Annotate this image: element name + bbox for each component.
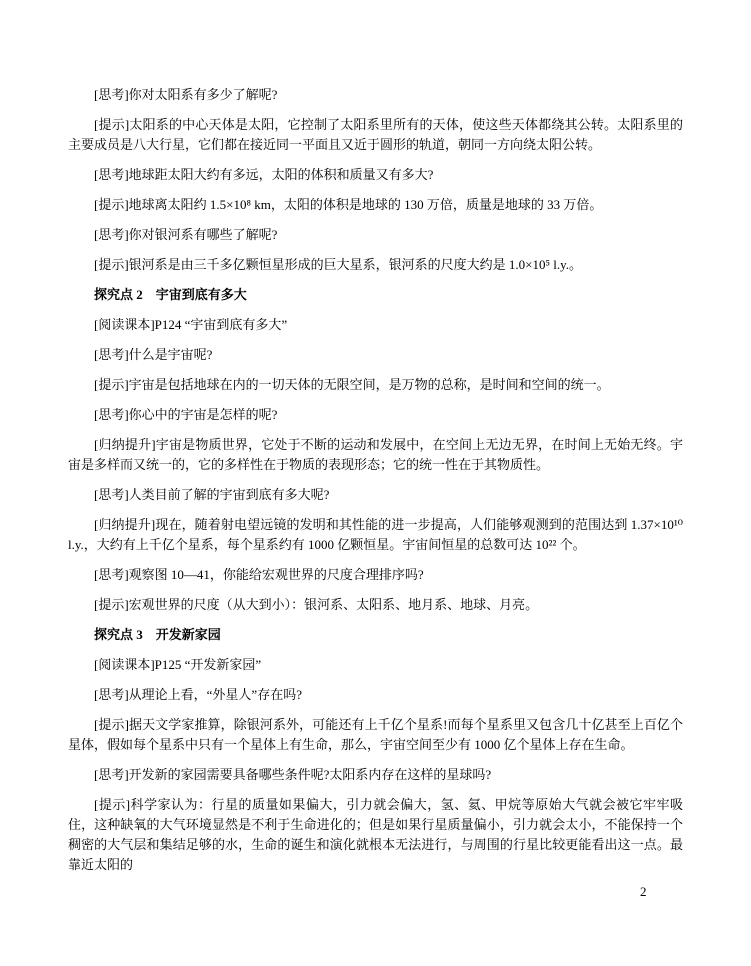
doc-paragraph: [思考]地球距太阳大约有多远，太阳的体积和质量又有多大?	[68, 165, 683, 185]
doc-paragraph: [提示]地球离太阳约 1.5×10⁸ km，太阳的体积是地球的 130 万倍，质…	[68, 195, 683, 215]
doc-paragraph: [阅读课本]P125 “开发新家园”	[68, 655, 683, 675]
doc-paragraph: [提示]科学家认为：行星的质量如果偏大，引力就会偏大，氢、氦、甲烷等原始大气就会…	[68, 795, 683, 875]
doc-paragraph: [思考]你对银河系有哪些了解呢?	[68, 225, 683, 245]
doc-paragraph: [阅读课本]P124 “宇宙到底有多大”	[68, 315, 683, 335]
doc-paragraph: [归纳提升]现在，随着射电望远镜的发明和其性能的进一步提高，人们能够观测到的范围…	[68, 515, 683, 555]
document-content: [思考]你对太阳系有多少了解呢?[提示]太阳系的中心天体是太阳，它控制了太阳系里…	[68, 75, 683, 875]
doc-paragraph: [提示]银河系是由三千多亿颗恒星形成的巨大星系，银河系的尺度大约是 1.0×10…	[68, 255, 683, 275]
doc-paragraph: [思考]人类目前了解的宇宙到底有多大呢?	[68, 485, 683, 505]
doc-paragraph: [思考]你心中的宇宙是怎样的呢?	[68, 405, 683, 425]
doc-paragraph: [提示]宏观世界的尺度（从大到小）：银河系、太阳系、地月系、地球、月亮。	[68, 595, 683, 615]
page-number: 2	[640, 884, 647, 900]
doc-paragraph: [提示]太阳系的中心天体是太阳，它控制了太阳系里所有的天体，使这些天体都绕其公转…	[68, 115, 683, 155]
section-heading: 探究点 2 宇宙到底有多大	[68, 285, 683, 305]
document-page: [思考]你对太阳系有多少了解呢?[提示]太阳系的中心天体是太阳，它控制了太阳系里…	[0, 0, 751, 966]
doc-paragraph: [提示]据天文学家推算，除银河系外，可能还有上千亿个星系!而每个星系里又包含几十…	[68, 715, 683, 755]
doc-paragraph: [思考]开发新的家园需要具备哪些条件呢?太阳系内存在这样的星球吗?	[68, 765, 683, 785]
doc-paragraph: [提示]宇宙是包括地球在内的一切天体的无限空间，是万物的总称，是时间和空间的统一…	[68, 375, 683, 395]
doc-paragraph: [思考]观察图 10—41，你能给宏观世界的尺度合理排序吗?	[68, 565, 683, 585]
doc-paragraph: [归纳提升]宇宙是物质世界，它处于不断的运动和发展中，在空间上无边无界，在时间上…	[68, 435, 683, 475]
doc-paragraph: [思考]从理论上看，“外星人”存在吗?	[68, 685, 683, 705]
doc-paragraph: [思考]你对太阳系有多少了解呢?	[68, 85, 683, 105]
doc-paragraph: [思考]什么是宇宙呢?	[68, 345, 683, 365]
section-heading: 探究点 3 开发新家园	[68, 625, 683, 645]
